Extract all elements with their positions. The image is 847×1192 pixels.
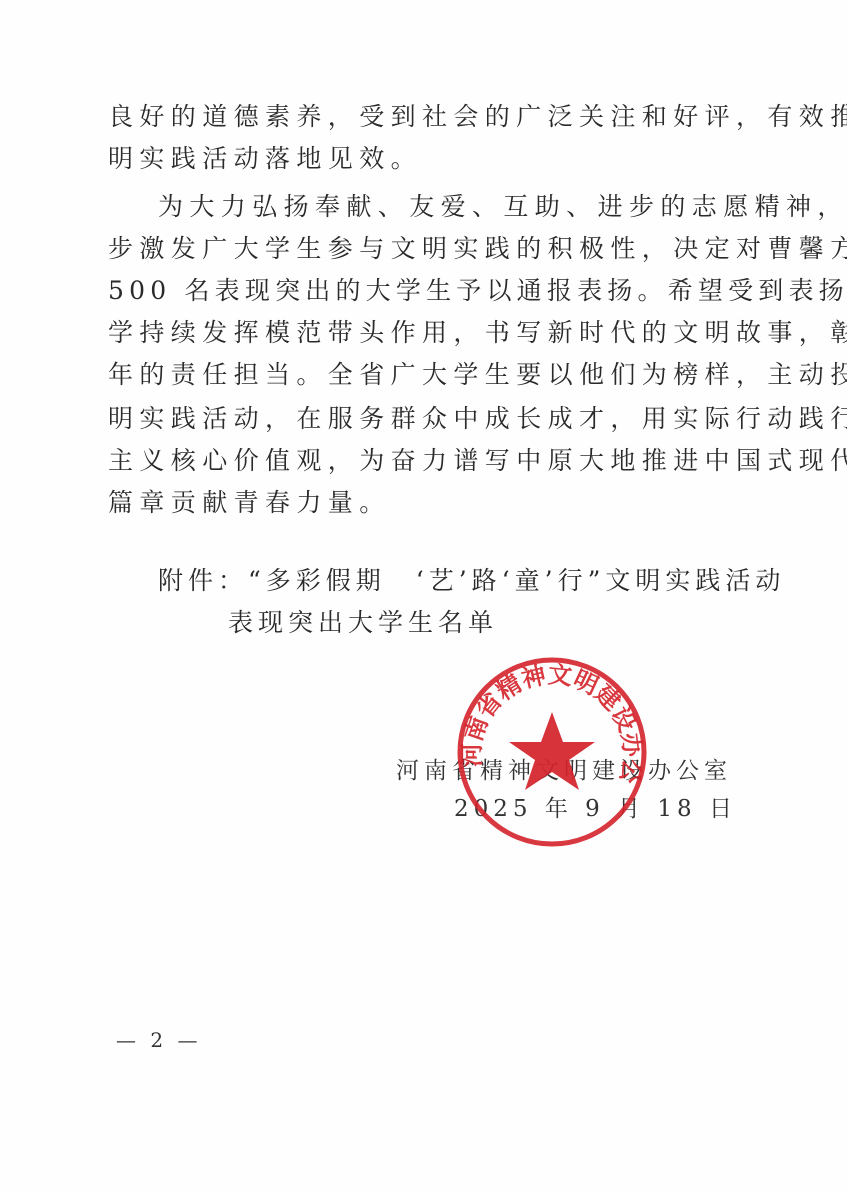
body-text-line: 主义核心价值观，为奋力谱写中原大地推进中国式现代化新 — [108, 446, 847, 476]
page-number: — 2 — — [116, 1028, 201, 1052]
star-icon — [509, 712, 595, 790]
official-seal: 河南省精神文明建设办公室 — [452, 652, 652, 852]
attachment-line: 表现突出大学生名单 — [228, 608, 498, 638]
body-text-line: 步激发广大学生参与文明实践的积极性，决定对曹馨方等 — [108, 234, 847, 264]
document-page: 良好的道德素养，受到社会的广泛关注和好评，有效推动文 明实践活动落地见效。 为大… — [0, 0, 847, 1192]
body-text-line: 明实践活动落地见效。 — [108, 144, 422, 174]
body-text-line: 明实践活动，在服务群众中成长成才，用实际行动践行社会 — [108, 404, 847, 434]
body-text-line: 篇章贡献青春力量。 — [108, 488, 391, 518]
body-text-line: 学持续发挥模范带头作用，书写新时代的文明故事，彰显青 — [108, 318, 847, 348]
body-text-line: 年的责任担当。全省广大学生要以他们为榜样，主动投身文 — [108, 360, 847, 390]
body-text-line: 良好的道德素养，受到社会的广泛关注和好评，有效推动文 — [108, 102, 847, 132]
body-text-line: 为大力弘扬奉献、友爱、互助、进步的志愿精神，进一 — [158, 192, 847, 222]
attachment-line: 附件：“多彩假期 ‘艺’路‘童’行”文明实践活动 — [158, 566, 785, 596]
body-text-line: 500 名表现突出的大学生予以通报表扬。希望受到表扬的同 — [108, 276, 847, 306]
